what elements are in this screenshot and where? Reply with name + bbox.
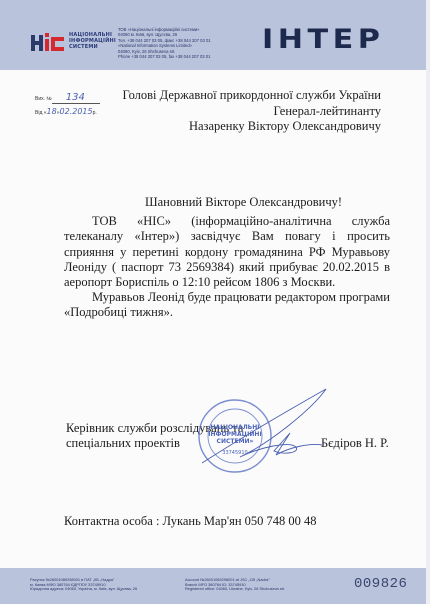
page-edge — [426, 0, 430, 604]
addressee-line: Назаренку Віктору Олександровичу — [122, 119, 381, 135]
letterhead: НАЦІОНАЛЬНІ ІНФОРМАЦІЙНІ СИСТЕМИ ТОВ «На… — [0, 0, 426, 70]
footer-line: Registered office: 04060, Ukraine, Kyiv,… — [185, 587, 285, 592]
contact-person: Контактна особа : Лукань Мар'ян 050 748 … — [64, 514, 317, 529]
logo-text-line: СИСТЕМИ — [69, 44, 116, 50]
footer-bank-details-en: Account №26001089298001 at JSC „CB „Nadr… — [185, 578, 285, 592]
inter-brand-logo: ІНТЕР — [262, 25, 384, 55]
footer-bank-details-ua: Рахунок №26001089298001 в ПАТ „КБ „Надра… — [30, 578, 137, 592]
date-suffix: р. — [93, 110, 97, 116]
body-paragraph: ТОВ «НІС» (інформаційно-аналітична служб… — [64, 214, 390, 290]
nis-logo-icon — [31, 31, 65, 53]
outgoing-label: Вих. № — [35, 96, 52, 102]
logo-text: НАЦІОНАЛЬНІ ІНФОРМАЦІЙНІ СИСТЕМИ — [69, 32, 116, 50]
date-label: Від « — [35, 110, 47, 116]
date-day: 18 — [47, 107, 57, 116]
addressee-block: Голові Державної прикордонної служби Укр… — [122, 88, 381, 135]
footer-line: Юридична адреса: 04060, Україна, м. Київ… — [30, 587, 137, 592]
letter-footer: Рахунок №26001089298001 в ПАТ „КБ „Надра… — [0, 568, 426, 604]
addressee-line: Голові Державної прикордонної служби Укр… — [122, 88, 381, 104]
outgoing-number-value: 134 — [66, 92, 85, 103]
body-paragraph: Муравьов Леонід буде працювати редакторо… — [64, 290, 390, 321]
salutation: Шановний Вікторе Олександровичу! — [145, 195, 342, 210]
letter-page: НАЦІОНАЛЬНІ ІНФОРМАЦІЙНІ СИСТЕМИ ТОВ «На… — [0, 0, 426, 604]
date-month-year: 02.2015 — [60, 107, 93, 116]
signatory-name: Бєдіров Н. Р. — [321, 436, 389, 451]
company-info-line: Phone +38 044 207 03 05, fax +38 044 207… — [118, 54, 211, 59]
outgoing-date: Від «18»02.2015р. — [35, 107, 97, 116]
company-info: ТОВ «Національні інформаційні системи» 0… — [118, 27, 211, 59]
outgoing-number: Вих. №134 — [35, 92, 100, 104]
addressee-line: Генерал-лейтинанту — [122, 104, 381, 120]
serial-number: 009826 — [354, 576, 407, 592]
handwritten-signature-icon — [200, 385, 340, 475]
